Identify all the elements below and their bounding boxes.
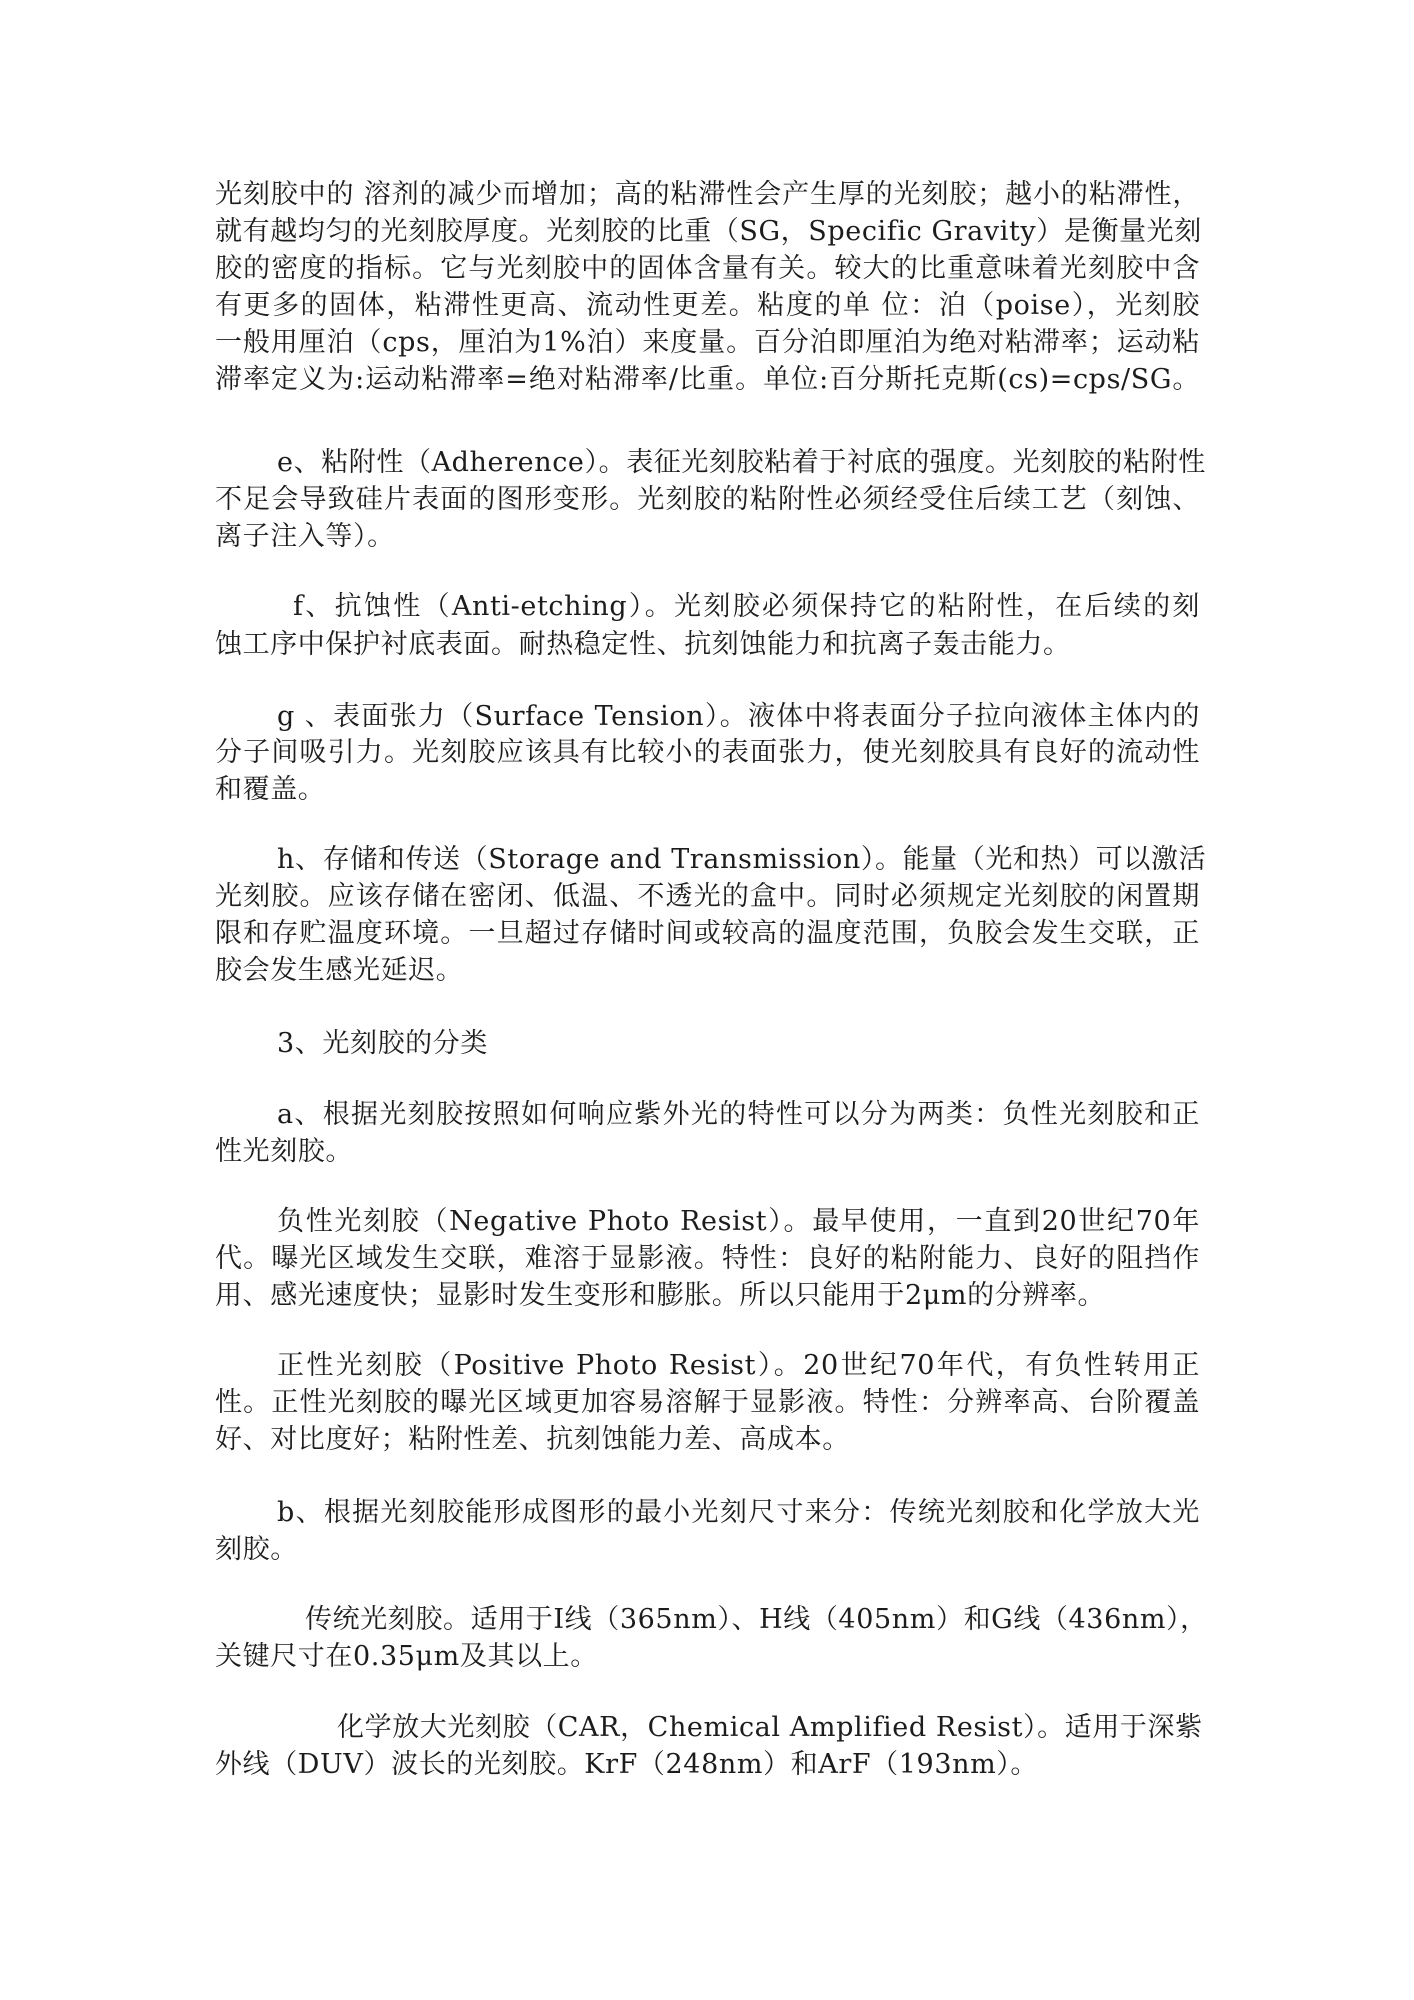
text-line: e、粘附性（Adherence）。表征光刻胶粘着于衬底的强度。光刻胶的粘附性 [277, 444, 1200, 481]
text-line: 性光刻胶。 [215, 1133, 1200, 1170]
text-line: 外线（DUV）波长的光刻胶。KrF（248nm）和ArF（193nm）。 [215, 1746, 1200, 1783]
text-line: 胶会发生感光延迟。 [215, 952, 1200, 989]
text-line: 刻胶。 [215, 1531, 1200, 1568]
text-line: 和覆盖。 [215, 771, 1200, 808]
text-line: 用、感光速度快；显影时发生变形和膨胀。所以只能用于2μm的分辨率。 [215, 1277, 1200, 1314]
text-line: 光刻胶中的 溶剂的减少而增加；高的粘滞性会产生厚的光刻胶；越小的粘滞性， [215, 176, 1200, 213]
text-line: 传统光刻胶。适用于I线（365nm）、H线（405nm）和G线（436nm）， [305, 1601, 1200, 1638]
text-line: 限和存贮温度环境。一旦超过存储时间或较高的温度范围，负胶会发生交联，正 [215, 915, 1200, 952]
text-line: 有更多的固体，粘滞性更高、流动性更差。粘度的单 位：泊（poise），光刻胶 [215, 287, 1200, 324]
text-line: f、抗蚀性（Anti-etching）。光刻胶必须保持它的粘附性，在后续的刻 [293, 588, 1200, 625]
text-line: 就有越均匀的光刻胶厚度。光刻胶的比重（SG，Specific Gravity）是… [215, 213, 1200, 250]
text-line: 化学放大光刻胶（CAR，Chemical Amplified Resist）。适… [337, 1709, 1200, 1746]
text-line: 代。曝光区域发生交联，难溶于显影液。特性：良好的粘附能力、良好的阻挡作 [215, 1240, 1200, 1277]
text-line: g 、表面张力（Surface Tension）。液体中将表面分子拉向液体主体内… [277, 698, 1200, 735]
text-line: 关键尺寸在0.35μm及其以上。 [215, 1638, 1200, 1675]
section-heading: 3、光刻胶的分类 [277, 1025, 1200, 1062]
text-line: 不足会导致硅片表面的图形变形。光刻胶的粘附性必须经受住后续工艺（刻蚀、 [215, 481, 1200, 518]
text-line: 正性光刻胶（Positive Photo Resist）。20世纪70年代，有负… [277, 1347, 1200, 1384]
text-line: 离子注入等）。 [215, 518, 1200, 555]
document-page: 光刻胶中的 溶剂的减少而增加；高的粘滞性会产生厚的光刻胶；越小的粘滞性， 就有越… [0, 0, 1414, 2000]
text-line: 负性光刻胶（Negative Photo Resist）。最早使用，一直到20世… [277, 1203, 1200, 1240]
text-line: 胶的密度的指标。它与光刻胶中的固体含量有关。较大的比重意味着光刻胶中含 [215, 250, 1200, 287]
text-line: 性。正性光刻胶的曝光区域更加容易溶解于显影液。特性：分辨率高、台阶覆盖 [215, 1384, 1200, 1421]
text-line: 分子间吸引力。光刻胶应该具有比较小的表面张力，使光刻胶具有良好的流动性 [215, 734, 1200, 771]
text-line: 好、对比度好；粘附性差、抗刻蚀能力差、高成本。 [215, 1421, 1200, 1458]
text-line: 蚀工序中保护衬底表面。耐热稳定性、抗刻蚀能力和抗离子轰击能力。 [215, 626, 1200, 663]
text-line: a、根据光刻胶按照如何响应紫外光的特性可以分为两类：负性光刻胶和正 [277, 1096, 1200, 1133]
text-line: 一般用厘泊（cps，厘泊为1%泊）来度量。百分泊即厘泊为绝对粘滞率；运动粘 [215, 324, 1200, 361]
text-line: b、根据光刻胶能形成图形的最小光刻尺寸来分：传统光刻胶和化学放大光 [277, 1494, 1200, 1531]
text-line: 滞率定义为:运动粘滞率=绝对粘滞率/比重。单位:百分斯托克斯(cs)=cps/S… [215, 361, 1200, 398]
text-line: 光刻胶。应该存储在密闭、低温、不透光的盒中。同时必须规定光刻胶的闲置期 [215, 878, 1200, 915]
text-line: h、存储和传送（Storage and Transmission）。能量（光和热… [277, 841, 1200, 878]
